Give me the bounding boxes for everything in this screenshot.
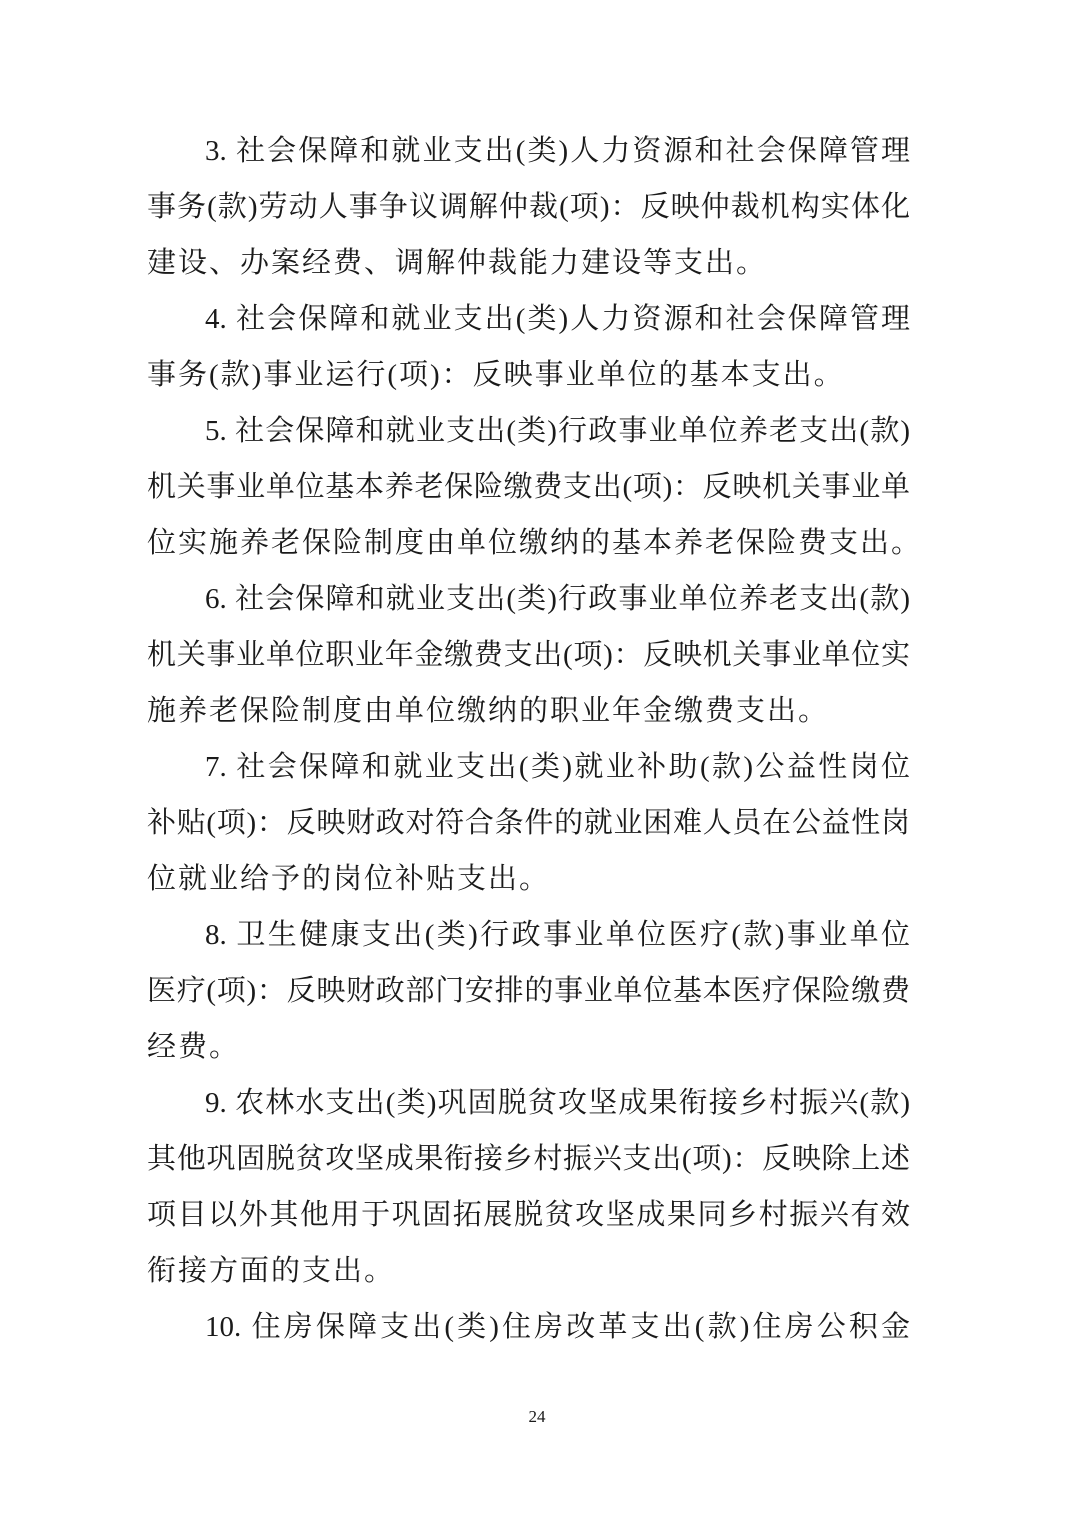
text-line: 施养老保险制度由单位缴纳的职业年金缴费支出。 [147, 683, 910, 739]
text-line: 3. 社会保障和就业支出(类)人力资源和社会保障管理 [147, 123, 910, 179]
text-line: 经费。 [147, 1019, 910, 1075]
text-line: 建设、办案经费、调解仲裁能力建设等支出。 [147, 235, 910, 291]
text-line: 事务(款)事业运行(项)：反映事业单位的基本支出。 [147, 347, 910, 403]
text-line: 6. 社会保障和就业支出(类)行政事业单位养老支出(款) [147, 571, 910, 627]
paragraph: 8. 卫生健康支出(类)行政事业单位医疗(款)事业单位医疗(项)：反映财政部门安… [147, 907, 910, 1075]
paragraph: 10. 住房保障支出(类)住房改革支出(款)住房公积金 [147, 1299, 910, 1355]
paragraph: 6. 社会保障和就业支出(类)行政事业单位养老支出(款)机关事业单位职业年金缴费… [147, 571, 910, 739]
paragraph: 9. 农林水支出(类)巩固脱贫攻坚成果衔接乡村振兴(款)其他巩固脱贫攻坚成果衔接… [147, 1075, 910, 1299]
text-line: 4. 社会保障和就业支出(类)人力资源和社会保障管理 [147, 291, 910, 347]
document-page: 3. 社会保障和就业支出(类)人力资源和社会保障管理事务(款)劳动人事争议调解仲… [0, 0, 1074, 1520]
text-line: 位实施养老保险制度由单位缴纳的基本养老保险费支出。 [147, 515, 910, 571]
text-line: 7. 社会保障和就业支出(类)就业补助(款)公益性岗位 [147, 739, 910, 795]
page-number: 24 [0, 1402, 1074, 1432]
paragraph: 5. 社会保障和就业支出(类)行政事业单位养老支出(款)机关事业单位基本养老保险… [147, 403, 910, 571]
text-line: 项目以外其他用于巩固拓展脱贫攻坚成果同乡村振兴有效 [147, 1187, 910, 1243]
text-line: 衔接方面的支出。 [147, 1243, 910, 1299]
text-line: 机关事业单位职业年金缴费支出(项)：反映机关事业单位实 [147, 627, 910, 683]
text-line: 8. 卫生健康支出(类)行政事业单位医疗(款)事业单位 [147, 907, 910, 963]
text-line: 其他巩固脱贫攻坚成果衔接乡村振兴支出(项)：反映除上述 [147, 1131, 910, 1187]
text-line: 事务(款)劳动人事争议调解仲裁(项)：反映仲裁机构实体化 [147, 179, 910, 235]
text-line: 医疗(项)：反映财政部门安排的事业单位基本医疗保险缴费 [147, 963, 910, 1019]
text-line: 9. 农林水支出(类)巩固脱贫攻坚成果衔接乡村振兴(款) [147, 1075, 910, 1131]
text-line: 补贴(项)：反映财政对符合条件的就业困难人员在公益性岗 [147, 795, 910, 851]
document-body: 3. 社会保障和就业支出(类)人力资源和社会保障管理事务(款)劳动人事争议调解仲… [147, 123, 910, 1355]
text-line: 5. 社会保障和就业支出(类)行政事业单位养老支出(款) [147, 403, 910, 459]
paragraph: 3. 社会保障和就业支出(类)人力资源和社会保障管理事务(款)劳动人事争议调解仲… [147, 123, 910, 291]
text-line: 位就业给予的岗位补贴支出。 [147, 851, 910, 907]
paragraph: 7. 社会保障和就业支出(类)就业补助(款)公益性岗位补贴(项)：反映财政对符合… [147, 739, 910, 907]
paragraph: 4. 社会保障和就业支出(类)人力资源和社会保障管理事务(款)事业运行(项)：反… [147, 291, 910, 403]
text-line: 机关事业单位基本养老保险缴费支出(项)：反映机关事业单 [147, 459, 910, 515]
text-line: 10. 住房保障支出(类)住房改革支出(款)住房公积金 [147, 1299, 910, 1355]
